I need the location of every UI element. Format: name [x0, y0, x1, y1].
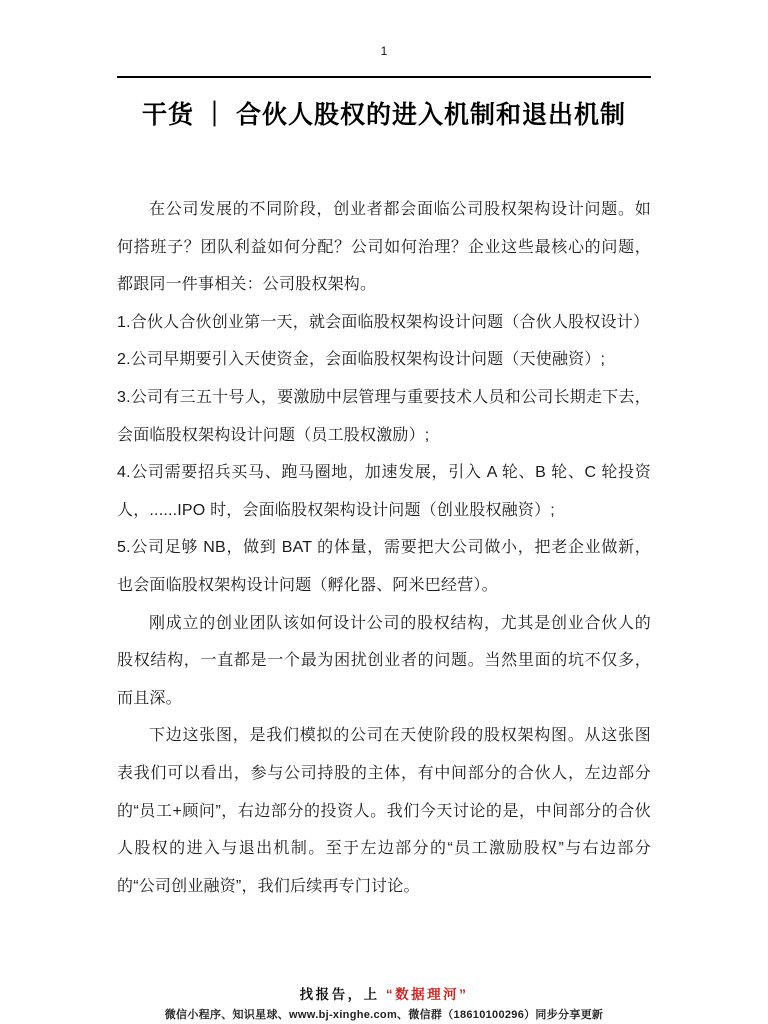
paragraph-chart-intro: 下边这张图，是我们模拟的公司在天使阶段的股权架构图。从这张图表我们可以看出，参与… [117, 717, 651, 905]
paragraph-discussion: 刚成立的创业团队该如何设计公司的股权结构，尤其是创业合伙人的股权结构，一直都是一… [117, 605, 651, 718]
footer-channels: 微信小程序、知识星球、www.bj-xinghe.com、微信群（1861010… [0, 1006, 768, 1022]
paragraph-intro: 在公司发展的不同阶段，创业者都会面临公司股权架构设计问题。如何搭班子？团队利益如… [117, 191, 651, 304]
footer-watermark: 找报告，上 “数据理河” 微信小程序、知识星球、www.bj-xinghe.co… [0, 983, 768, 1022]
header-divider [117, 76, 651, 78]
paragraph-item-1: 1.合伙人合伙创业第一天，就会面临股权架构设计问题（合伙人股权设计） [117, 304, 651, 342]
paragraph-item-2: 2.公司早期要引入天使资金，会面临股权架构设计问题（天使融资）; [117, 341, 651, 379]
document-body: 在公司发展的不同阶段，创业者都会面临公司股权架构设计问题。如何搭班子？团队利益如… [117, 191, 651, 905]
document-page: 1 干货 ｜ 合伙人股权的进入机制和退出机制 在公司发展的不同阶段，创业者都会面… [0, 0, 768, 1024]
page-number: 1 [0, 44, 768, 58]
footer-slogan-prefix: 找报告，上 [300, 987, 386, 1002]
footer-brand-name: “数据理河” [386, 987, 469, 1002]
footer-slogan: 找报告，上 “数据理河” [0, 983, 768, 1003]
page-title: 干货 ｜ 合伙人股权的进入机制和退出机制 [40, 95, 728, 131]
paragraph-item-4: 4.公司需要招兵买马、跑马圈地，加速发展，引入 A 轮、B 轮、C 轮投资人，.… [117, 454, 651, 529]
paragraph-item-3: 3.公司有三五十号人，要激励中层管理与重要技术人员和公司长期走下去，会面临股权架… [117, 379, 651, 454]
paragraph-item-5: 5.公司足够 NB，做到 BAT 的体量，需要把大公司做小，把老企业做新，也会面… [117, 529, 651, 604]
